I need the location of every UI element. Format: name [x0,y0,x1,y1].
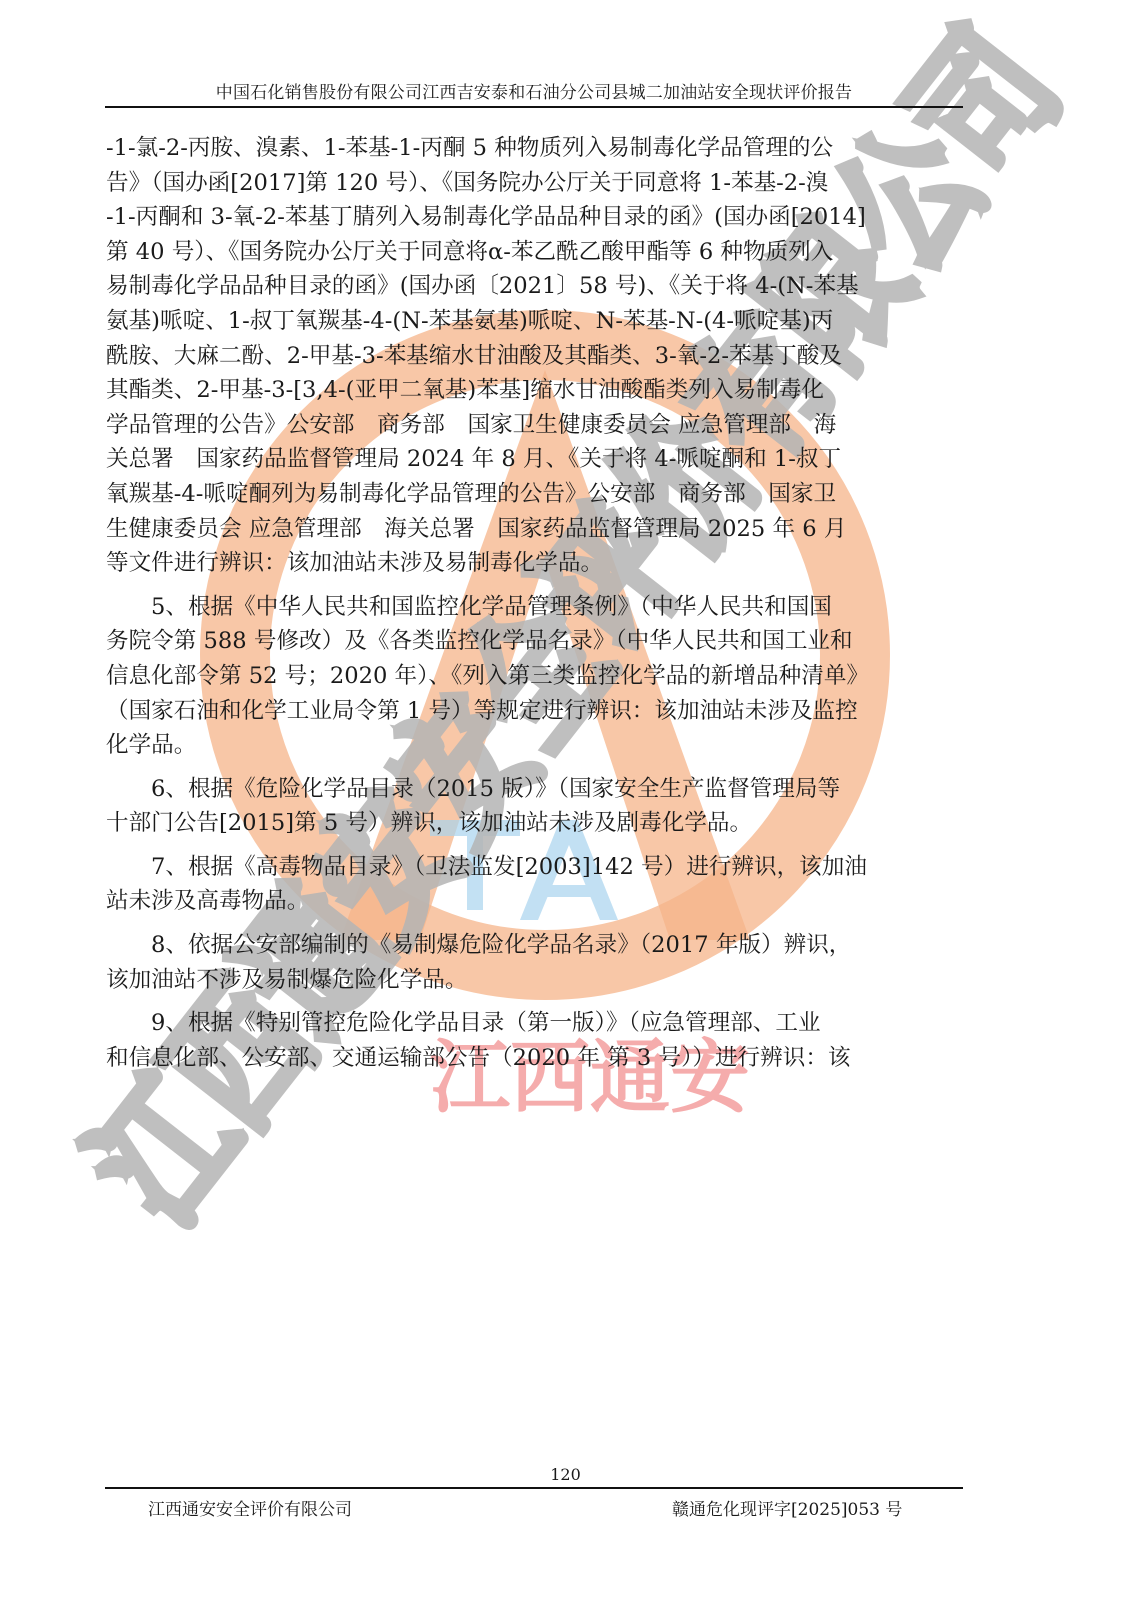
text-line: 信息化部令第 52 号；2020 年）、《列入第三类监控化学品的新增品种清单》 [106,659,961,694]
text-line: （国家石油和化学工业局令第 1 号）等规定进行辨识：该加油站未涉及监控 [106,694,961,729]
continuation-paragraph: -1-氯-2-丙胺、溴素、1-苯基-1-丙酮 5 种物质列入易制毒化学品管理的公… [106,131,961,581]
text-line: 氨基)哌啶、1-叔丁氧羰基-4-(N-苯基氨基)哌啶、N-苯基-N-(4-哌啶基… [106,304,961,339]
page-number: 120 [0,1465,1131,1484]
text-line: 和信息化部、公安部、交通运输部公告（2020 年 第 3 号））进行辨识：该 [106,1041,961,1076]
text-line: 十部门公告[2015]第 5 号）辨识，该加油站未涉及剧毒化学品。 [106,806,961,841]
text-line: 关总署 国家药品监督管理局 2024 年 8 月、《关于将 4-哌啶酮和 1-叔… [106,442,961,477]
text-line: 易制毒化学品品种目录的函》(国办函〔2021〕58 号)、《关于将 4-(N-苯… [106,269,961,304]
body-text: -1-氯-2-丙胺、溴素、1-苯基-1-丙酮 5 种物质列入易制毒化学品管理的公… [106,131,961,1075]
text-line: 等文件进行辨识：该加油站未涉及易制毒化学品。 [106,546,961,581]
paragraph-item-7: 7、根据《高毒物品目录》（卫法监发[2003]142 号）进行辨识，该加油 站未… [106,850,961,919]
text-line: 该加油站不涉及易制爆危险化学品。 [106,963,961,998]
text-line: 务院令第 588 号修改）及《各类监控化学品名录》（中华人民共和国工业和 [106,624,961,659]
text-line: 氧羰基-4-哌啶酮列为易制毒化学品管理的公告》公安部 商务部 国家卫 [106,477,961,512]
footer-divider [105,1487,963,1489]
header-divider [105,106,963,108]
text-line: 其酯类、2-甲基-3-[3,4-(亚甲二氧基)苯基]缩水甘油酸酯类列入易制毒化 [106,373,961,408]
text-line: 9、根据《特别管控危险化学品目录（第一版）》（应急管理部、工业 [106,1006,961,1041]
text-line: 6、根据《危险化学品目录（2015 版）》（国家安全生产监督管理局等 [106,772,961,807]
text-line: 学品管理的公告》公安部 商务部 国家卫生健康委员会 应急管理部 海 [106,408,961,443]
text-line: -1-氯-2-丙胺、溴素、1-苯基-1-丙酮 5 种物质列入易制毒化学品管理的公 [106,131,961,166]
text-line: 生健康委员会 应急管理部 海关总署 国家药品监督管理局 2025 年 6 月 [106,512,961,547]
text-line: 7、根据《高毒物品目录》（卫法监发[2003]142 号）进行辨识，该加油 [106,850,961,885]
text-line: 8、依据公安部编制的《易制爆危险化学品名录》（2017 年版）辨识， [106,928,961,963]
page-header-title: 中国石化销售股份有限公司江西吉安泰和石油分公司县城二加油站安全现状评价报告 [108,78,960,103]
text-line: 站未涉及高毒物品。 [106,884,961,919]
text-line: 化学品。 [106,728,961,763]
text-line: 5、根据《中华人民共和国监控化学品管理条例》（中华人民共和国国 [106,590,961,625]
paragraph-item-6: 6、根据《危险化学品目录（2015 版）》（国家安全生产监督管理局等 十部门公告… [106,772,961,841]
footer-report-number: 赣通危化现评字[2025]053 号 [672,1495,902,1520]
paragraph-item-5: 5、根据《中华人民共和国监控化学品管理条例》（中华人民共和国国 务院令第 588… [106,590,961,763]
text-line: 告》（国办函[2017]第 120 号）、《国务院办公厅关于同意将 1-苯基-2… [106,166,961,201]
text-line: -1-丙酮和 3-氧-2-苯基丁腈列入易制毒化学品品种目录的函》(国办函[201… [106,200,961,235]
text-line: 第 40 号）、《国务院办公厅关于同意将α-苯乙酰乙酸甲酯等 6 种物质列入 [106,235,961,270]
paragraph-item-9: 9、根据《特别管控危险化学品目录（第一版）》（应急管理部、工业 和信息化部、公安… [106,1006,961,1075]
paragraph-item-8: 8、依据公安部编制的《易制爆危险化学品名录》（2017 年版）辨识， 该加油站不… [106,928,961,997]
text-line: 酰胺、大麻二酚、2-甲基-3-苯基缩水甘油酸及其酯类、3-氧-2-苯基丁酸及 [106,339,961,374]
document-page: 江西通安 江西通安安全评价有限公司 中国石化销售股份有限公司江西吉安泰和石油分公… [0,0,1131,1600]
footer-company-name: 江西通安安全评价有限公司 [148,1495,352,1520]
